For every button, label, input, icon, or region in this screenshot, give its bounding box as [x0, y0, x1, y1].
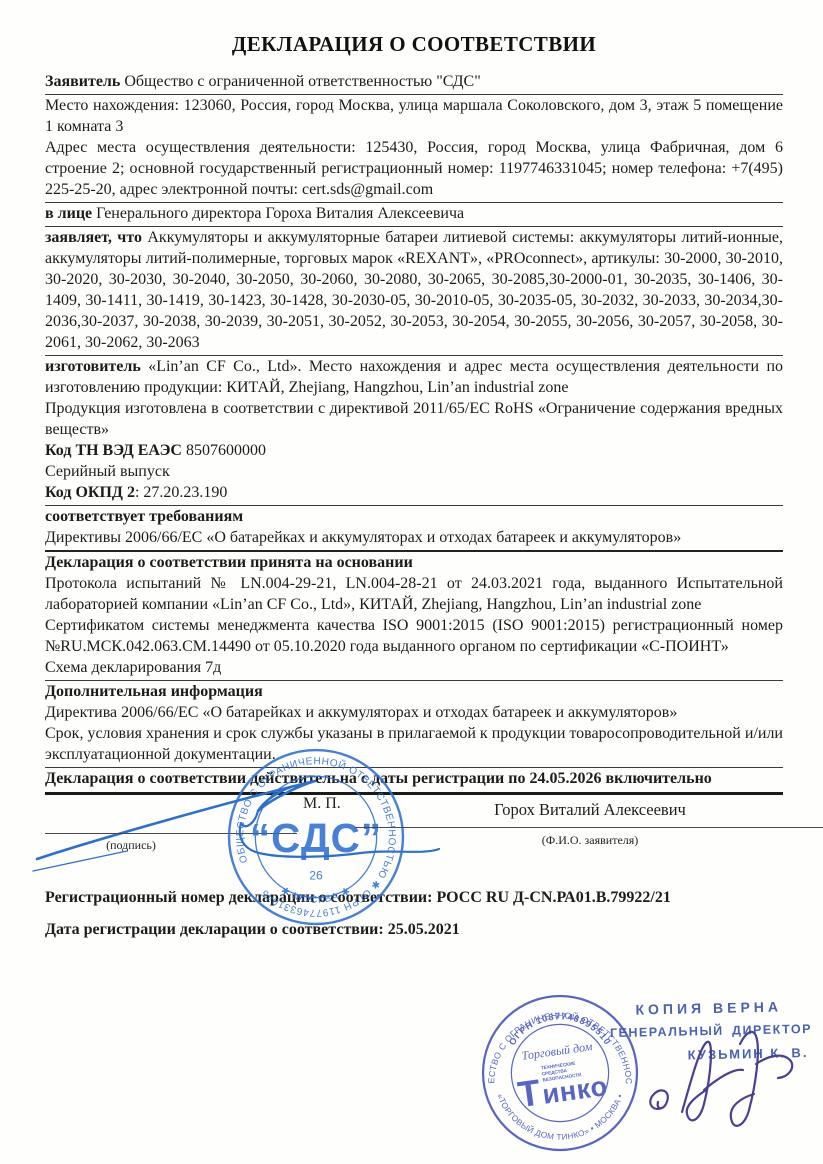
field-location: Место нахождения: 123060, Россия, город … [45, 95, 783, 137]
applicant-value: Общество с ограниченной ответственностью… [120, 73, 480, 90]
declarant-name-caption: (Ф.И.О. заявителя) [355, 830, 823, 851]
sds-stamp-number: 26 [309, 868, 323, 882]
registration-date: Дата регистрации декларации о соответств… [45, 919, 783, 940]
tnved-label: Код ТН ВЭД ЕАЭС [45, 442, 182, 459]
scheme-text: Схема декларирования 7д [45, 657, 783, 681]
okpd-value: : 27.20.23.190 [135, 484, 227, 501]
document-title: ДЕКЛАРАЦИЯ О СООТВЕТСТВИИ [45, 32, 783, 57]
document-body: ДЕКЛАРАЦИЯ О СООТВЕТСТВИИ Заявитель Обще… [0, 32, 823, 940]
tinko-logo-t: Т [515, 1071, 543, 1115]
additional-heading: Дополнительная информация [45, 681, 783, 702]
signature-block: (подпись) М. П. ОБЩЕСТВО С ОГРАНИЧЕННОЙ … [45, 807, 783, 887]
declarant-name: Горох Виталий Алексеевич [355, 799, 823, 820]
field-rohs: Продукция изготовлена в соответствии с д… [45, 398, 783, 440]
field-manufacturer: изготовитель «Lin’an CF Co., Ltd». Место… [45, 356, 783, 398]
declarant-name-line [355, 827, 823, 828]
basis-heading: Декларация о соответствии принята на осн… [45, 552, 783, 573]
in-person-label: в лице [45, 205, 92, 222]
basis-certificate: Сертификатом системы менеджмента качеств… [45, 615, 783, 657]
field-declares: заявляет, что Аккумуляторы и аккумулятор… [45, 227, 783, 356]
complies-text: Директивы 2006/66/ЕС «О батарейках и акк… [45, 527, 783, 552]
field-serial: Серийный выпуск [45, 461, 783, 482]
basis-protocol: Протокола испытаний № LN.004-29-21, LN.0… [45, 573, 783, 615]
applicant-label: Заявитель [45, 73, 120, 90]
signature-caption: (подпись) [5, 835, 257, 856]
complies-heading: соответствует требованиям [45, 506, 783, 527]
tinko-stamp-script: Торговый дом [521, 1039, 594, 1063]
field-tnved: Код ТН ВЭД ЕАЭС 8507600000 [45, 440, 783, 461]
field-activity-address: Адрес места осуществления деятельности: … [45, 137, 783, 203]
declaration-document: ДЕКЛАРАЦИЯ О СООТВЕТСТВИИ Заявитель Обще… [0, 0, 823, 1164]
declares-label: заявляет, что [45, 229, 142, 246]
in-person-value: Генерального директора Гороха Виталия Ал… [92, 205, 464, 222]
field-in-person: в лице Генерального директора Гороха Вит… [45, 203, 783, 227]
okpd-label: Код ОКПД 2 [45, 484, 135, 501]
field-applicant: Заявитель Общество с ограниченной ответс… [45, 71, 783, 95]
copy-verna-line1: КОПИЯ ВЕРНА [609, 996, 811, 1021]
declares-value: Аккумуляторы и аккумуляторные батареи ли… [45, 229, 783, 351]
field-okpd: Код ОКПД 2: 27.20.23.190 [45, 482, 783, 506]
kuzmin-signature [640, 1020, 805, 1140]
registration-number: Регистрационный номер декларации о соотв… [45, 887, 783, 908]
tnved-value: 8507600000 [182, 442, 266, 459]
manufacturer-value: «Lin’an CF Co., Ltd». Место нахождения и… [45, 358, 783, 396]
additional-directive: Директива 2006/66/ЕС «О батарейках и акк… [45, 702, 783, 723]
tinko-stamp-center: Торговый дом ТЕХНИЧЕСКИЕ СРЕДСТВА БЕЗОПА… [512, 1038, 610, 1115]
manufacturer-label: изготовитель [45, 358, 141, 375]
